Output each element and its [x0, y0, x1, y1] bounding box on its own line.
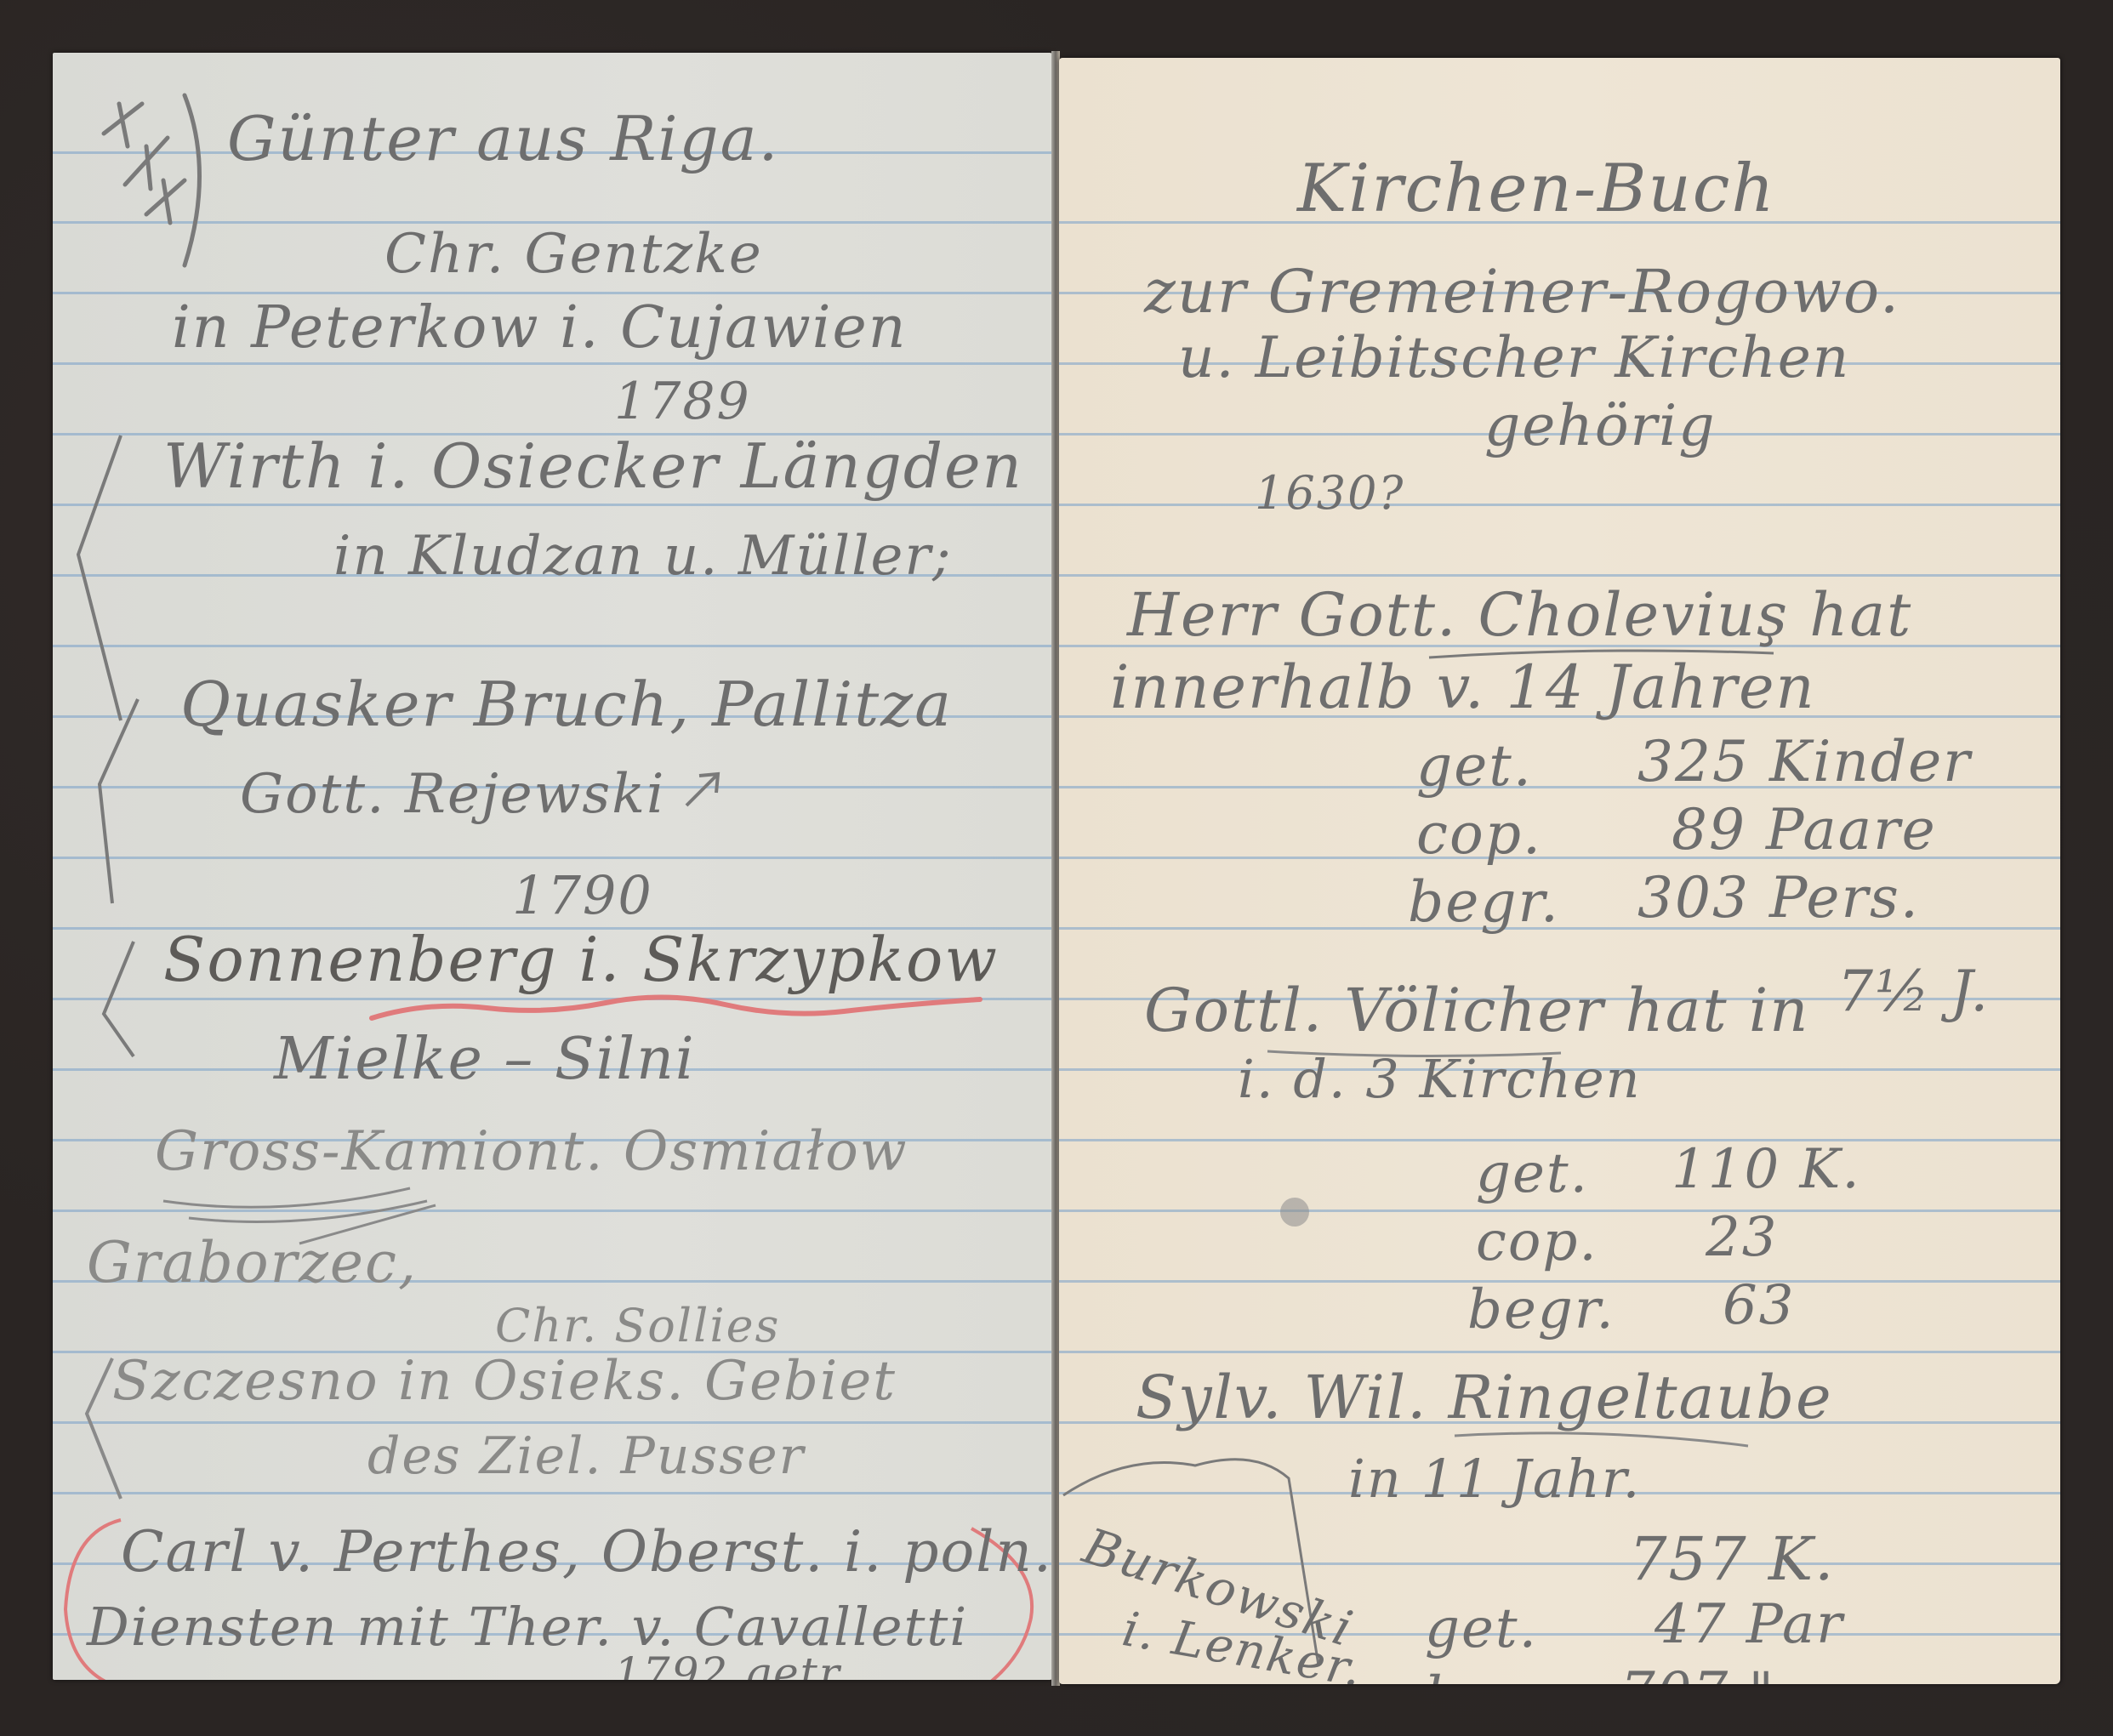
note-line: zur Gremeiner-Rogowo. — [1144, 262, 1900, 322]
note-line: Gross-Kamiont. Osmiałow — [155, 1124, 908, 1179]
stat-value: 47 Par — [1655, 1597, 1844, 1652]
note-line: 1792 getr. — [614, 1652, 851, 1680]
stat-label: get. — [1416, 738, 1533, 794]
ruled-line — [53, 857, 1053, 859]
stat-label: cop. — [1476, 1215, 1598, 1269]
stat-total: 757 K. — [1629, 1529, 1835, 1589]
bracket-icon — [78, 1354, 129, 1507]
insert-caret-icon — [682, 767, 733, 810]
stat-value: 303 Pers. — [1637, 870, 1920, 926]
note-year: 1789 — [614, 376, 751, 427]
note-line: Gottl. Völicher hat in — [1144, 981, 1809, 1040]
ruled-line — [1059, 1139, 2060, 1141]
note-line: in Peterkow i. Cujawien — [172, 299, 908, 357]
note-line: Carl v. Perthes, Oberst. i. poln. — [121, 1524, 1053, 1580]
note-duration: 7½ J. — [1837, 964, 1990, 1020]
note-line: innerhalb v. 14 Jahren — [1110, 657, 1816, 717]
page-heading: Kirchen-Buch — [1297, 156, 1776, 222]
note-line: Szczesno in Osieks. Gebiet — [112, 1354, 897, 1409]
note-line: in 11 Jahr. — [1348, 1453, 1641, 1505]
note-line: Günter aus Riga. — [227, 108, 779, 169]
stat-value: 89 Paare — [1672, 802, 1937, 858]
ruled-line — [53, 1492, 1053, 1494]
note-line: i. d. 3 Kirchen — [1238, 1053, 1642, 1106]
ruled-line — [53, 362, 1053, 365]
ruled-line — [1059, 1351, 2060, 1353]
ink-spot — [1280, 1198, 1309, 1227]
bracket-icon — [95, 937, 146, 1065]
ruled-line — [53, 1421, 1053, 1424]
stat-label: begr. — [1467, 1283, 1615, 1337]
note-line: Sylv. Wil. Ringeltaube — [1136, 1368, 1833, 1427]
ruled-line — [1059, 574, 2060, 577]
stat-value: 707 " — [1620, 1665, 1775, 1684]
note-line: Herr Gott. Choleviuş hat — [1127, 585, 1912, 645]
stat-label: get. — [1476, 1147, 1589, 1201]
note-line: Graborzec, — [87, 1235, 418, 1291]
ruled-line — [53, 504, 1053, 506]
note-line: Mielke – Silni — [274, 1031, 696, 1089]
note-line: Gott. Rejewski — [240, 767, 665, 822]
note-line: Diensten mit Ther. v. Cavalletti — [87, 1601, 968, 1653]
stat-label: get. — [1425, 1602, 1538, 1656]
stat-value: 110 K. — [1672, 1142, 1861, 1197]
bracket-icon — [70, 427, 138, 733]
note-line: Sonnenberg i. Skrzypkow — [163, 929, 999, 990]
left-page: Günter aus Riga. Chr. Gentzke in Peterko… — [53, 53, 1053, 1680]
stat-label: cop. — [1416, 806, 1542, 862]
note-line: Chr. Gentzke — [384, 227, 763, 282]
note-year: 1630? — [1255, 470, 1404, 516]
margin-mark-icon — [95, 87, 206, 282]
stat-value: 325 Kinder — [1637, 734, 1972, 790]
note-line: Quasker Bruch, Pallitza — [180, 674, 953, 735]
note-line: gehörig — [1484, 398, 1716, 454]
bracket-icon — [91, 691, 151, 912]
note-line: Wirth i. Osiecker Längden — [163, 435, 1023, 497]
note-year: 1790 — [512, 869, 653, 922]
note-line: u. Leibitscher Kirchen — [1178, 330, 1850, 386]
stat-value: 23 — [1706, 1210, 1778, 1265]
ruled-line — [53, 645, 1053, 647]
red-underline-icon — [367, 993, 997, 1027]
note-line: in Kludzan u. Müller; — [333, 529, 953, 583]
note-line: Chr. Sollies — [495, 1303, 780, 1349]
right-page: Kirchen-Buch zur Gremeiner-Rogowo. u. Le… — [1059, 58, 2060, 1684]
note-line: des Ziel. Pusser — [367, 1431, 805, 1482]
stat-value: 63 — [1723, 1278, 1795, 1333]
ruled-line — [1059, 504, 2060, 506]
stat-label: begr. — [1425, 1670, 1573, 1684]
stat-label: begr. — [1408, 874, 1560, 931]
